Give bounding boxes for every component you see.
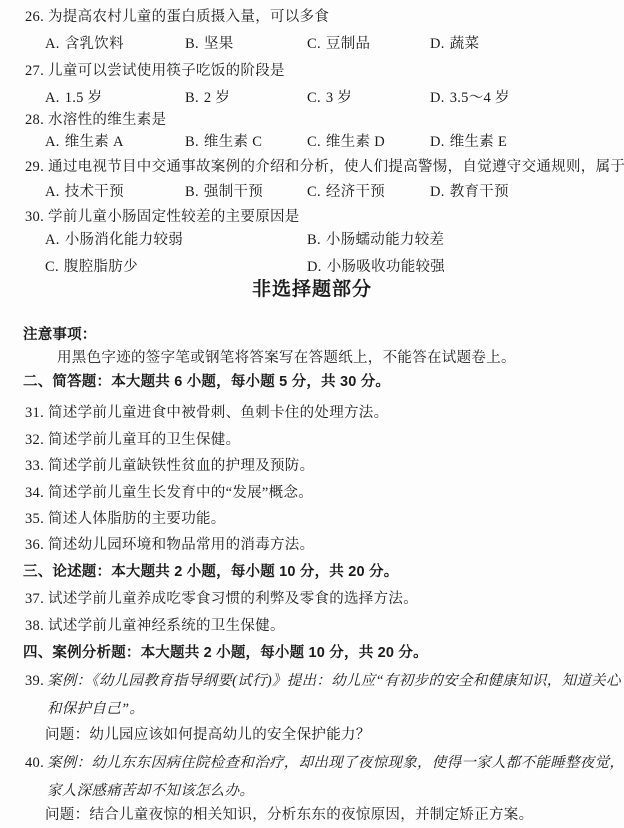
- question-32-number: 32.: [25, 431, 48, 449]
- section-short-answer-heading: 二、简答题：本大题共 6 小题，每小题 5 分，共 30 分。: [0, 373, 624, 391]
- question-35-number: 35.: [25, 510, 48, 528]
- option-26-a-label: A.: [45, 36, 60, 52]
- option-26-d: D.蔬菜: [430, 35, 479, 53]
- option-30-b-label: B.: [307, 232, 321, 248]
- question-40-case: 40.案例：幼儿东东因病住院检查和治疗，却出现了夜惊现象，使得一家人都不能睡整夜…: [25, 750, 624, 806]
- question-35-text: 简述人体脂肪的主要功能。: [48, 511, 226, 527]
- option-27-a: A.1.5 岁: [45, 89, 185, 107]
- question-36-text: 简述幼儿园环境和物品常用的消毒方法。: [48, 537, 314, 553]
- option-28-d-label: D.: [430, 134, 445, 150]
- question-30-options-row-1: A.小肠消化能力较弱B.小肠蠕动能力较差: [0, 231, 624, 249]
- question-40-question: 问题：结合儿童夜惊的相关知识，分析东东的夜惊原因，并制定矫正方案。: [0, 806, 624, 824]
- option-30-a: A.小肠消化能力较弱: [45, 231, 307, 249]
- question-38-number: 38.: [25, 617, 48, 635]
- option-28-a: A.维生素 A: [45, 133, 185, 151]
- question-29-text: 通过电视节目中交通事故案例的介绍和分析，使人们提高警惕，自觉遵守交通规则，属于: [48, 159, 624, 175]
- option-27-d-text: 3.5～4 岁: [450, 90, 510, 106]
- question-33-number: 33.: [25, 457, 48, 475]
- option-30-c-label: C.: [45, 259, 59, 275]
- question-31-text: 简述学前儿童进食中被骨刺、鱼刺卡住的处理方法。: [48, 405, 388, 421]
- question-33: 33.简述学前儿童缺铁性贫血的护理及预防。: [0, 457, 624, 475]
- option-27-a-text: 1.5 岁: [65, 90, 103, 106]
- option-26-b-label: B.: [185, 36, 199, 52]
- question-38-text: 试述学前儿童神经系统的卫生保健。: [48, 618, 285, 634]
- option-26-c-text: 豆制品: [326, 36, 370, 52]
- option-28-c-label: C.: [307, 134, 321, 150]
- section-case-analysis-heading: 四、案例分析题：本大题共 2 小题，每小题 10 分，共 20 分。: [0, 644, 624, 662]
- option-26-d-text: 蔬菜: [450, 36, 480, 52]
- question-39-case-label: 案例：: [47, 673, 91, 689]
- question-32-text: 简述学前儿童耳的卫生保健。: [48, 432, 240, 448]
- option-29-c-label: C.: [307, 184, 321, 200]
- option-28-b-label: B.: [185, 134, 199, 150]
- question-28-text: 水溶性的维生素是: [48, 112, 166, 128]
- option-29-b-text: 强制干预: [204, 184, 263, 200]
- option-30-b-text: 小肠蠕动能力较差: [326, 232, 444, 248]
- question-37-number: 37.: [25, 590, 48, 608]
- question-28-options: A.维生素 AB.维生素 CC.维生素 DD.维生素 E: [0, 133, 624, 151]
- option-27-b-label: B.: [185, 90, 199, 106]
- part-title: 非选择题部分: [0, 281, 624, 299]
- option-29-c: C.经济干预: [307, 183, 430, 201]
- question-34-number: 34.: [25, 484, 48, 502]
- option-27-c-text: 3 岁: [326, 90, 352, 106]
- option-26-a-text: 含乳饮料: [65, 36, 124, 52]
- notes-heading: 注意事项：: [0, 326, 624, 344]
- option-26-b-text: 坚果: [204, 36, 234, 52]
- question-39-question-label: 问题：: [45, 727, 89, 743]
- question-33-text: 简述学前儿童缺铁性贫血的护理及预防。: [48, 458, 314, 474]
- question-27-stem: 27.儿童可以尝试使用筷子吃饭的阶段是: [0, 62, 624, 80]
- question-27-options: A.1.5 岁B.2 岁C.3 岁D.3.5～4 岁: [0, 89, 624, 107]
- option-28-a-text: 维生素 A: [65, 134, 124, 150]
- option-30-a-label: A.: [45, 232, 60, 248]
- option-30-c: C.腹腔脂肪少: [45, 258, 307, 276]
- question-30-options-row-2: C.腹腔脂肪少D.小肠吸收功能较强: [0, 258, 624, 276]
- option-27-c-label: C.: [307, 90, 321, 106]
- option-29-d: D.教育干预: [430, 183, 509, 201]
- question-30-number: 30.: [25, 208, 48, 226]
- option-26-d-label: D.: [430, 36, 445, 52]
- notes-body: 用黑色字迹的签字笔或钢笔将答案写在答题纸上，不能答在试题卷上。: [0, 349, 624, 367]
- option-28-b: B.维生素 C: [185, 133, 307, 151]
- question-29-stem: 29.通过电视节目中交通事故案例的介绍和分析，使人们提高警惕，自觉遵守交通规则，…: [0, 158, 624, 176]
- question-26-text: 为提高农村儿童的蛋白质摄入量，可以多食: [48, 9, 329, 25]
- question-40-case-text: 幼儿东东因病住院检查和治疗，却出现了夜惊现象，使得一家人都不能睡整夜觉，家人深感…: [47, 755, 624, 799]
- exam-paper-page: 26.为提高农村儿童的蛋白质摄入量，可以多食 A.含乳饮料B.坚果C.豆制品D.…: [0, 0, 624, 828]
- question-39-question-text: 幼儿园应该如何提高幼儿的安全保护能力？: [89, 727, 370, 743]
- question-31-number: 31.: [25, 404, 48, 422]
- question-36-number: 36.: [25, 536, 48, 554]
- option-29-b: B.强制干预: [185, 183, 307, 201]
- question-27-text: 儿童可以尝试使用筷子吃饭的阶段是: [48, 63, 285, 79]
- question-26-stem: 26.为提高农村儿童的蛋白质摄入量，可以多食: [0, 8, 624, 26]
- question-30-text: 学前儿童小肠固定性较差的主要原因是: [48, 209, 300, 225]
- option-30-c-text: 腹腔脂肪少: [64, 259, 138, 275]
- question-39-question: 问题：幼儿园应该如何提高幼儿的安全保护能力？: [0, 726, 624, 744]
- option-28-d: D.维生素 E: [430, 133, 507, 151]
- option-28-b-text: 维生素 C: [204, 134, 262, 150]
- option-27-b-text: 2 岁: [204, 90, 230, 106]
- question-28-number: 28.: [25, 111, 48, 129]
- question-27-number: 27.: [25, 62, 48, 80]
- question-34: 34.简述学前儿童生长发育中的“发展”概念。: [0, 484, 624, 502]
- question-40-number: 40.: [25, 750, 47, 778]
- option-30-d-text: 小肠吸收功能较强: [327, 259, 445, 275]
- option-30-d-label: D.: [307, 259, 322, 275]
- option-30-d: D.小肠吸收功能较强: [307, 258, 445, 276]
- option-28-d-text: 维生素 E: [450, 134, 507, 150]
- option-28-c-text: 维生素 D: [326, 134, 385, 150]
- question-29-number: 29.: [25, 158, 48, 176]
- option-28-a-label: A.: [45, 134, 60, 150]
- option-30-b: B.小肠蠕动能力较差: [307, 231, 444, 249]
- option-29-a-label: A.: [45, 184, 60, 200]
- question-39-case-text: 《幼儿园教育指导纲要(试行)》提出：幼儿应“有初步的安全和健康知识，知道关心和保…: [47, 673, 621, 717]
- option-26-a: A.含乳饮料: [45, 35, 185, 53]
- question-31: 31.简述学前儿童进食中被骨刺、鱼刺卡住的处理方法。: [0, 404, 624, 422]
- option-29-b-label: B.: [185, 184, 199, 200]
- option-28-c: C.维生素 D: [307, 133, 430, 151]
- question-40-question-text: 结合儿童夜惊的相关知识，分析东东的夜惊原因，并制定矫正方案。: [89, 807, 533, 823]
- option-26-c: C.豆制品: [307, 35, 430, 53]
- option-27-c: C.3 岁: [307, 89, 430, 107]
- question-28-stem: 28.水溶性的维生素是: [0, 111, 624, 129]
- option-26-c-label: C.: [307, 36, 321, 52]
- option-27-d: D.3.5～4 岁: [430, 89, 510, 107]
- option-27-a-label: A.: [45, 90, 60, 106]
- question-38: 38.试述学前儿童神经系统的卫生保健。: [0, 617, 624, 635]
- question-35: 35.简述人体脂肪的主要功能。: [0, 510, 624, 528]
- option-29-d-label: D.: [430, 184, 445, 200]
- question-34-text: 简述学前儿童生长发育中的“发展”概念。: [48, 485, 313, 501]
- question-40-question-label: 问题：: [45, 807, 89, 823]
- option-30-a-text: 小肠消化能力较弱: [65, 232, 183, 248]
- option-29-a: A.技术干预: [45, 183, 185, 201]
- question-37-text: 试述学前儿童养成吃零食习惯的利弊及零食的选择方法。: [48, 591, 418, 607]
- question-29-options: A.技术干预B.强制干预C.经济干预D.教育干预: [0, 183, 624, 201]
- question-39-case: 39.案例：《幼儿园教育指导纲要(试行)》提出：幼儿应“有初步的安全和健康知识，…: [25, 668, 624, 724]
- option-29-d-text: 教育干预: [450, 184, 509, 200]
- section-essay-heading: 三、论述题：本大题共 2 小题，每小题 10 分，共 20 分。: [0, 563, 624, 581]
- option-29-a-text: 技术干预: [65, 184, 124, 200]
- question-39-number: 39.: [25, 668, 47, 696]
- option-26-b: B.坚果: [185, 35, 307, 53]
- option-27-d-label: D.: [430, 90, 445, 106]
- question-37: 37.试述学前儿童养成吃零食习惯的利弊及零食的选择方法。: [0, 590, 624, 608]
- question-36: 36.简述幼儿园环境和物品常用的消毒方法。: [0, 536, 624, 554]
- question-40-case-label: 案例：: [47, 755, 91, 771]
- option-29-c-text: 经济干预: [326, 184, 385, 200]
- question-26-number: 26.: [25, 8, 48, 26]
- option-27-b: B.2 岁: [185, 89, 307, 107]
- question-26-options: A.含乳饮料B.坚果C.豆制品D.蔬菜: [0, 35, 624, 53]
- question-32: 32.简述学前儿童耳的卫生保健。: [0, 431, 624, 449]
- question-30-stem: 30.学前儿童小肠固定性较差的主要原因是: [0, 208, 624, 226]
